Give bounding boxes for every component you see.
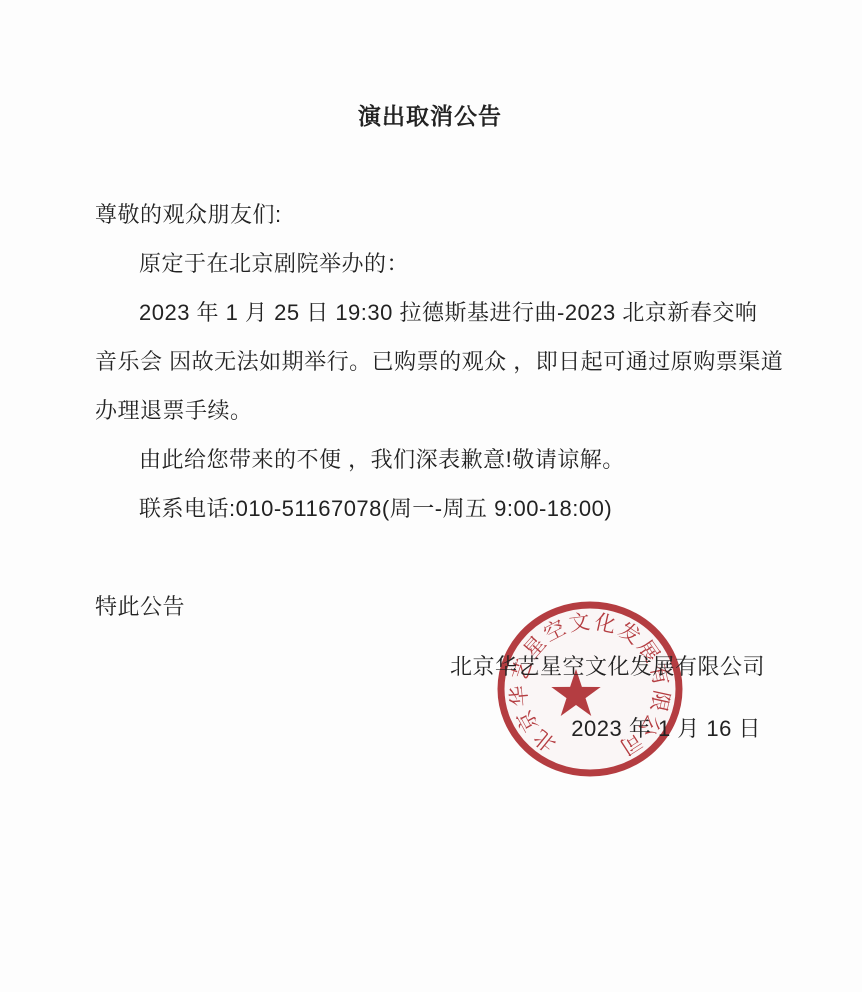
cancellation-notice-document: 演出取消公告 尊敬的观众朋友们: 原定于在北京剧院举办的： 2023 年 1 月… [0, 0, 862, 992]
contact-phone-line: 联系电话:010-51167078(周一-周五 9:00-18:00) [95, 484, 765, 533]
body-line: 原定于在北京剧院举办的： [95, 239, 765, 288]
blank-line [95, 533, 765, 582]
blank-line [95, 141, 765, 190]
closing-line: 特此公告 [95, 582, 765, 631]
document-body: 演出取消公告 尊敬的观众朋友们: 原定于在北京剧院举办的： 2023 年 1 月… [0, 0, 862, 992]
body-line: 2023 年 1 月 25 日 19:30 拉德斯基进行曲-2023 北京新春交… [95, 288, 765, 337]
page-title: 演出取消公告 [95, 92, 765, 141]
salutation-line: 尊敬的观众朋友们: [95, 190, 765, 239]
company-name: 北京华艺星空文化发展有限公司 [95, 642, 765, 691]
body-line: 音乐会 因故无法如期举行。已购票的观众 ，即日起可通过原购票渠道 [95, 337, 765, 386]
signature-block: 北京华艺星空文化发展有限公司 2023 年 1 月 16 日 [95, 642, 765, 753]
body-line: 由此给您带来的不便 ，我们深表歉意!敬请谅解。 [95, 435, 765, 484]
body-line: 办理退票手续。 [95, 386, 765, 435]
signature-date: 2023 年 1 月 16 日 [95, 704, 761, 753]
